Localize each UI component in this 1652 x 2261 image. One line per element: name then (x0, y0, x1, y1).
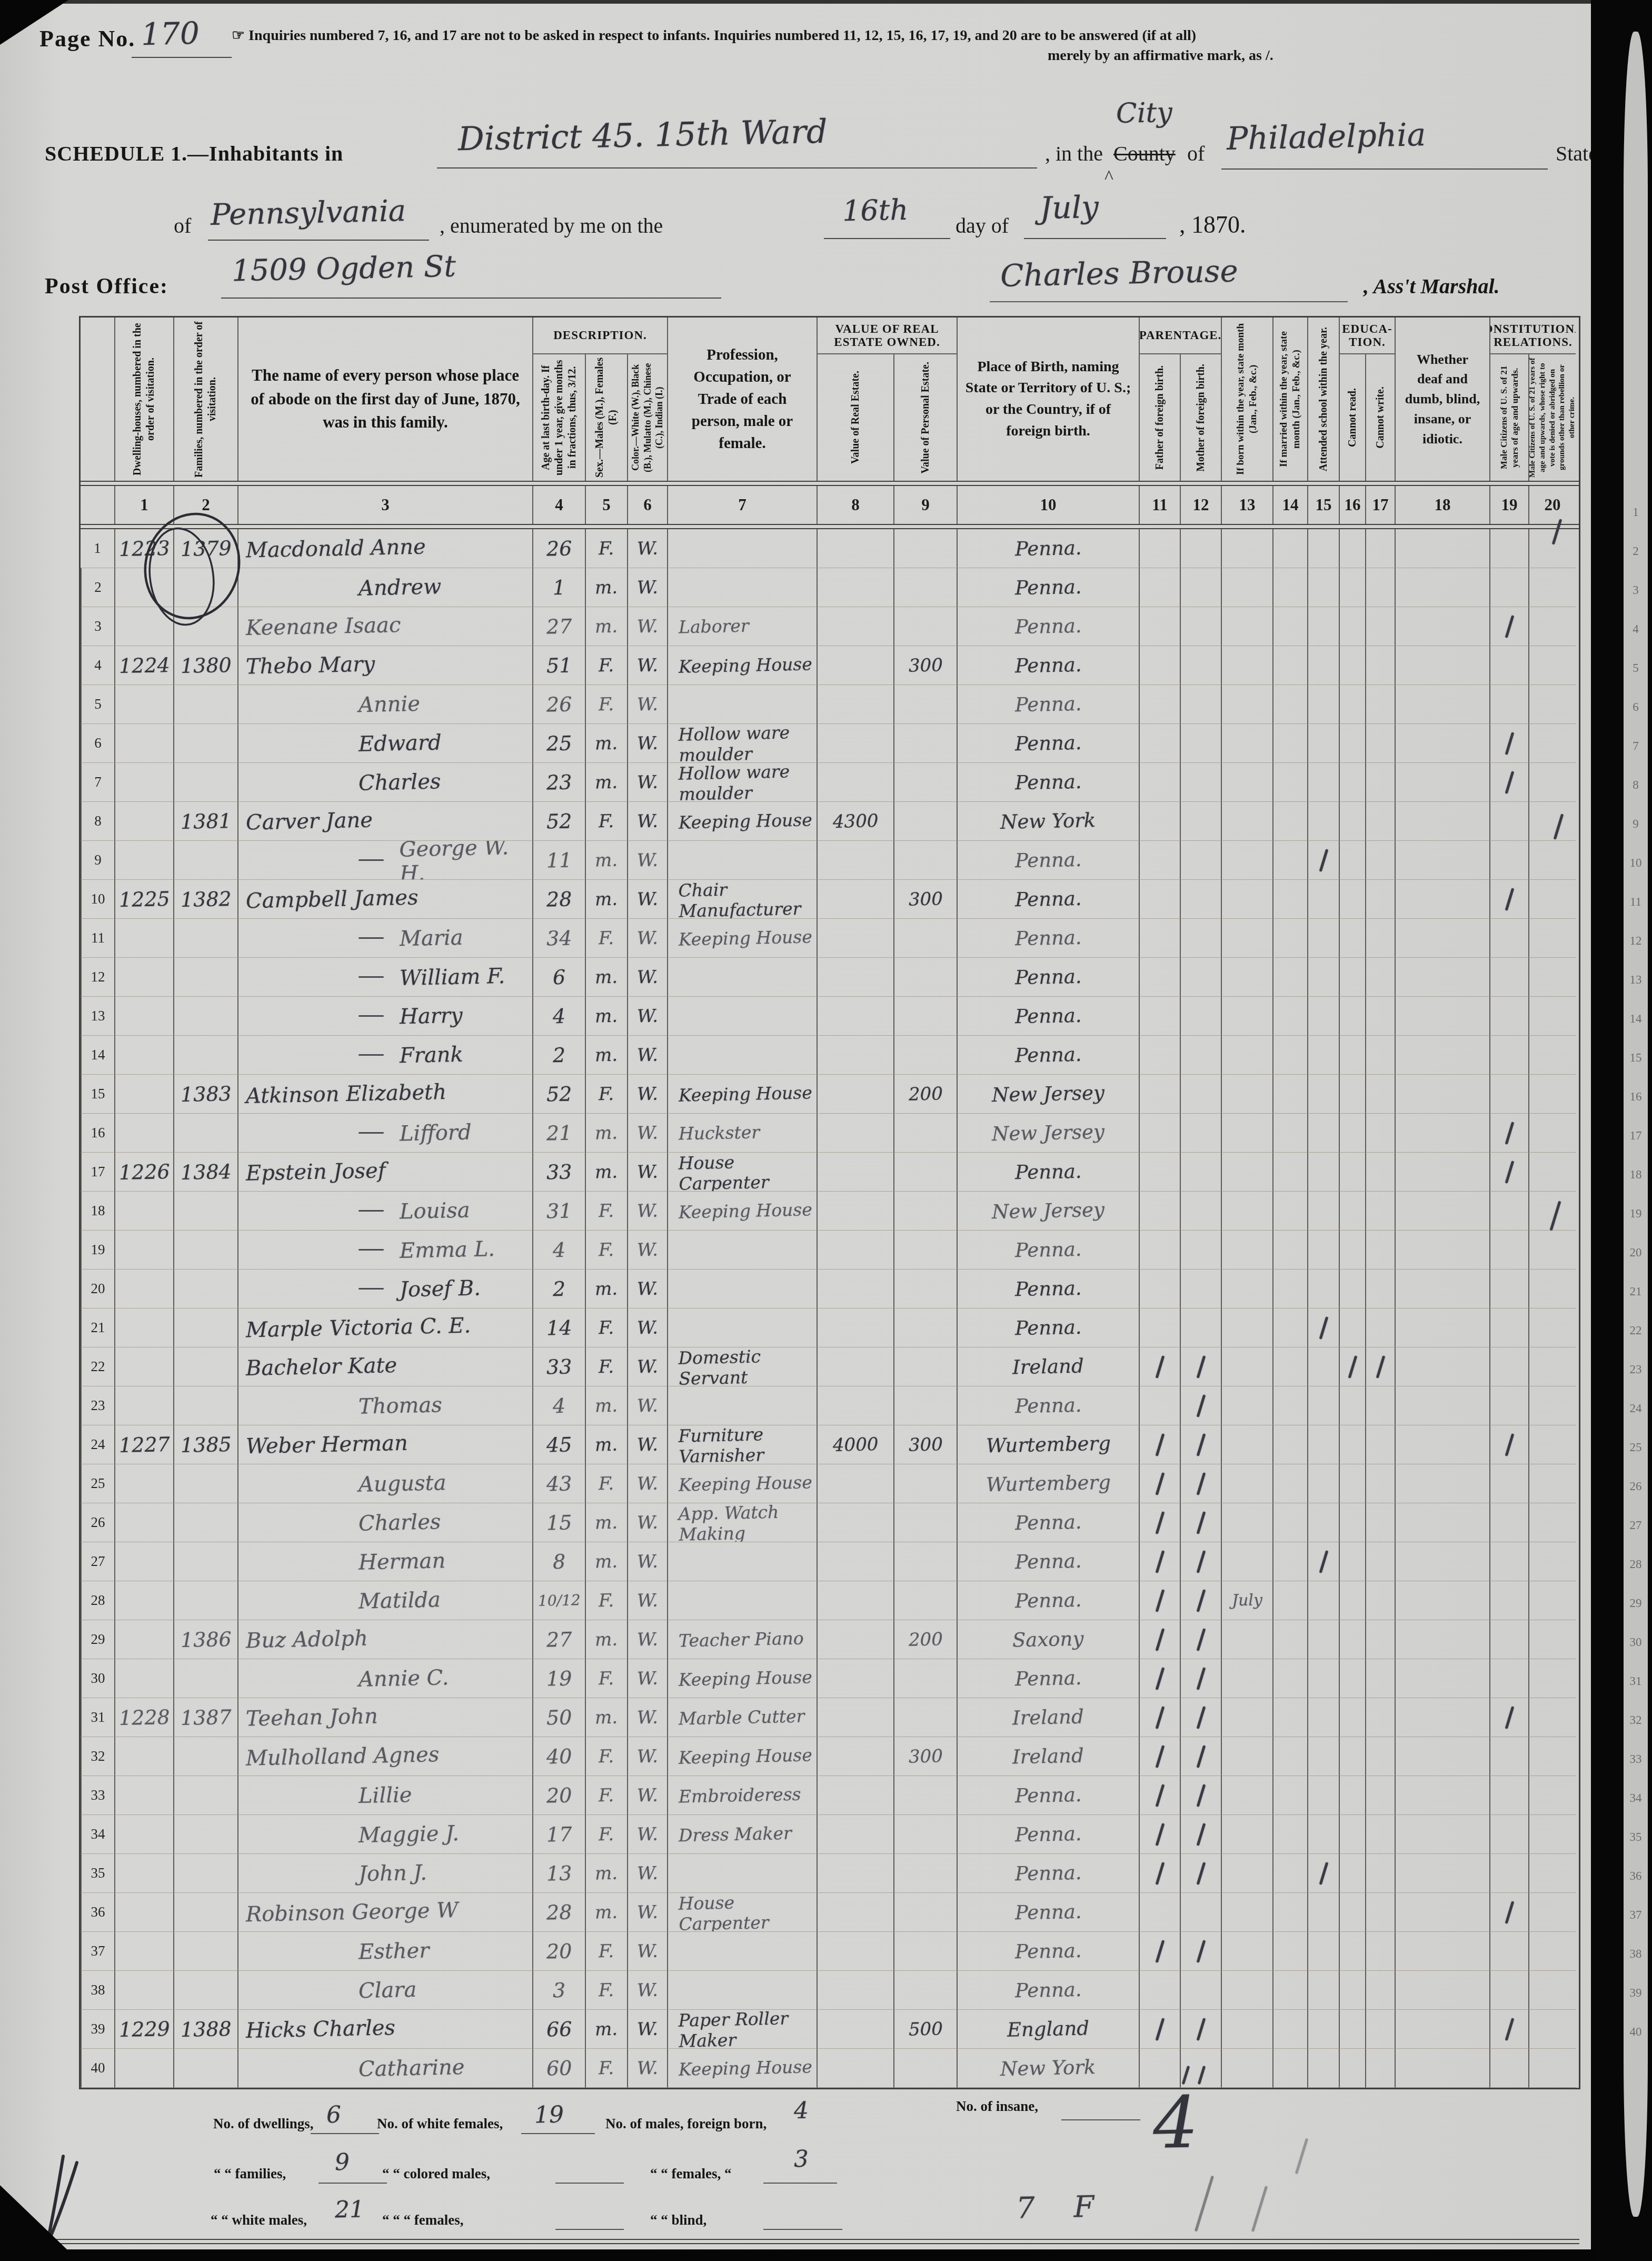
column-number: 9 (893, 486, 957, 524)
cell-color: W. (627, 646, 667, 685)
cell-father-foreign (1139, 1347, 1180, 1386)
row-number: 35 (81, 1854, 114, 1893)
cell-deaf-dumb (1395, 1114, 1489, 1153)
cell-male-citizen-denied (1528, 1581, 1576, 1620)
cell-mother-foreign (1180, 841, 1221, 880)
cell-father-foreign (1139, 685, 1180, 724)
cell-cannot-read (1339, 1036, 1365, 1075)
cell-male-citizen-denied (1528, 1737, 1576, 1776)
cell-dwelling-number (114, 919, 173, 958)
cell-male-citizen (1489, 1776, 1528, 1815)
district-value: District 45. 15th Ward (457, 112, 828, 158)
cell-name: Louisa (237, 1192, 532, 1231)
white-males-value: 21 (334, 2196, 364, 2223)
col-header-born-month: If born within the year, state month (Ja… (1235, 318, 1260, 481)
post-office-value: 1509 Ogden St (231, 250, 456, 289)
cell-color: W. (627, 1464, 667, 1503)
cell-name: Augusta (237, 1464, 532, 1503)
cell-male-citizen-denied (1528, 1932, 1576, 1971)
row-number: 3 (81, 607, 114, 646)
cell-born-month (1221, 1114, 1272, 1153)
cell-age: 28 (532, 880, 585, 919)
cell-cannot-read (1339, 841, 1365, 880)
cell-cannot-read (1339, 1347, 1365, 1386)
cell-real-estate (817, 607, 893, 646)
cell-father-foreign (1139, 1854, 1180, 1893)
cell-married-month (1272, 1698, 1307, 1737)
cell-deaf-dumb (1395, 1075, 1489, 1114)
cell-male-citizen (1489, 646, 1528, 685)
affirmative-tick (1155, 1940, 1165, 1963)
cell-sex: F. (585, 1192, 627, 1231)
cell-name: Weber Herman (237, 1425, 532, 1464)
cell-deaf-dumb (1395, 1308, 1489, 1347)
cell-family-number: 1387 (173, 1698, 237, 1737)
cell-attended-school (1307, 1659, 1339, 1698)
cell-real-estate (817, 646, 893, 685)
cell-occupation: Keeping House (667, 1464, 817, 1503)
cell-personal-estate: 200 (893, 1075, 957, 1114)
cell-real-estate (817, 841, 893, 880)
affirmative-tick (1155, 1589, 1165, 1612)
cell-age: 13 (532, 1854, 585, 1893)
footer-tallies: No. of dwellings, 6 No. of white females… (79, 2087, 1577, 2237)
cell-real-estate (817, 685, 893, 724)
cell-age: 14 (532, 1308, 585, 1347)
cell-sex: m. (585, 1698, 627, 1737)
cell-name: Harry (237, 997, 532, 1036)
row-number: 18 (81, 1192, 114, 1231)
cell-dwelling-number (114, 1308, 173, 1347)
cell-family-number (173, 1308, 237, 1347)
cell-sex: F. (585, 1815, 627, 1854)
cell-deaf-dumb (1395, 2049, 1489, 2088)
cell-color: W. (627, 1971, 667, 2010)
cell-attended-school (1307, 1270, 1339, 1308)
cell-married-month (1272, 763, 1307, 802)
day-of-label: day of (956, 213, 1009, 238)
cell-male-citizen (1489, 1893, 1528, 1932)
cell-birthplace: Penna. (957, 1659, 1139, 1698)
row-number: 2 (81, 568, 114, 607)
cell-mother-foreign (1180, 763, 1221, 802)
cell-real-estate (817, 1581, 893, 1620)
white-females-label: No. of white females, (377, 2116, 503, 2132)
cell-mother-foreign (1180, 1542, 1221, 1581)
cell-attended-school (1307, 1620, 1339, 1659)
cell-sex: F. (585, 1971, 627, 2010)
column-number: 4 (532, 486, 585, 524)
cell-personal-estate (893, 1308, 957, 1347)
cell-cannot-write (1365, 1737, 1395, 1776)
cell-real-estate (817, 1192, 893, 1231)
cell-deaf-dumb (1395, 568, 1489, 607)
cell-age: 28 (532, 1893, 585, 1932)
cell-birthplace: Penna. (957, 685, 1139, 724)
cell-father-foreign (1139, 1503, 1180, 1542)
cell-family-number (173, 958, 237, 997)
cell-name: Josef B. (237, 1270, 532, 1308)
cell-real-estate (817, 958, 893, 997)
cell-male-citizen-denied (1528, 1464, 1576, 1503)
table-header: Dwelling-houses, numbered in the order o… (81, 318, 1579, 481)
cell-personal-estate (893, 1815, 957, 1854)
cell-personal-estate (893, 607, 957, 646)
cell-age: 8 (532, 1542, 585, 1581)
cell-personal-estate (893, 763, 957, 802)
cell-color: W. (627, 1581, 667, 1620)
cell-family-number (173, 1932, 237, 1971)
cell-male-citizen (1489, 880, 1528, 919)
cell-sex: m. (585, 1893, 627, 1932)
cell-family-number (173, 1737, 237, 1776)
cell-birthplace: Wurtemberg (957, 1464, 1139, 1503)
cell-cannot-write (1365, 568, 1395, 607)
cell-born-month (1221, 919, 1272, 958)
cell-married-month (1272, 1932, 1307, 1971)
month-value: July (1039, 189, 1099, 226)
cell-married-month (1272, 1620, 1307, 1659)
cell-birthplace: England (957, 2010, 1139, 2049)
cell-dwelling-number (114, 841, 173, 880)
adjacent-page-row-number: 7 (1627, 739, 1645, 753)
cell-birthplace: Penna. (957, 1893, 1139, 1932)
cell-attended-school (1307, 1308, 1339, 1347)
cell-deaf-dumb (1395, 1542, 1489, 1581)
cell-family-number: 1388 (173, 2010, 237, 2049)
cell-color: W. (627, 1542, 667, 1581)
cell-born-month (1221, 1737, 1272, 1776)
cell-family-number: 1383 (173, 1075, 237, 1114)
cell-father-foreign (1139, 529, 1180, 568)
cell-born-month (1221, 1075, 1272, 1114)
cell-birthplace: Penna. (957, 997, 1139, 1036)
column-number: 19 (1489, 486, 1528, 524)
cell-age: 66 (532, 2010, 585, 2049)
cell-married-month (1272, 1114, 1307, 1153)
cell-age: 4 (532, 997, 585, 1036)
cell-family-number: 1381 (173, 802, 237, 841)
cell-family-number (173, 1192, 237, 1231)
cell-mother-foreign (1180, 1893, 1221, 1932)
cell-birthplace: Penna. (957, 1231, 1139, 1270)
cell-real-estate (817, 1036, 893, 1075)
cell-dwelling-number (114, 1971, 173, 2010)
cell-born-month (1221, 1815, 1272, 1854)
cell-married-month (1272, 1581, 1307, 1620)
cell-age: 27 (532, 607, 585, 646)
cell-mother-foreign (1180, 568, 1221, 607)
adjacent-page-row-number: 3 (1627, 583, 1645, 597)
col-header-mother-foreign: Mother of foreign birth. (1195, 362, 1208, 474)
adjacent-page-row-number: 38 (1627, 1947, 1645, 1961)
cell-born-month (1221, 529, 1272, 568)
cell-deaf-dumb (1395, 1464, 1489, 1503)
cell-mother-foreign (1180, 1153, 1221, 1192)
cell-family-number (173, 841, 237, 880)
cell-family-number (173, 1270, 237, 1308)
adjacent-page-row-number: 14 (1627, 1012, 1645, 1026)
cell-cannot-write (1365, 1776, 1395, 1815)
cell-real-estate (817, 1075, 893, 1114)
cell-father-foreign (1139, 997, 1180, 1036)
cell-color: W. (627, 1270, 667, 1308)
col-header-family: Families, numbered in the order of visit… (193, 318, 219, 481)
cell-real-estate (817, 880, 893, 919)
cell-birthplace: Saxony (957, 1620, 1139, 1659)
cell-dwelling-number (114, 763, 173, 802)
column-number: 16 (1339, 486, 1365, 524)
cell-male-citizen (1489, 1036, 1528, 1075)
cell-real-estate (817, 1815, 893, 1854)
cell-cannot-read (1339, 1932, 1365, 1971)
page-no-underline (132, 57, 232, 58)
marshal-signature: Charles Brouse (1000, 253, 1238, 293)
cell-personal-estate (893, 1542, 957, 1581)
cell-male-citizen-denied (1528, 841, 1576, 880)
cell-cannot-read (1339, 1971, 1365, 2010)
affirmative-tick (1155, 1667, 1165, 1690)
cell-married-month (1272, 724, 1307, 763)
cell-dwelling-number (114, 1503, 173, 1542)
cell-deaf-dumb (1395, 1659, 1489, 1698)
cell-deaf-dumb (1395, 958, 1489, 997)
cell-age: 51 (532, 646, 585, 685)
row-number: 23 (81, 1386, 114, 1425)
cell-birthplace: Penna. (957, 568, 1139, 607)
cell-real-estate (817, 1698, 893, 1737)
cell-father-foreign (1139, 802, 1180, 841)
adjacent-page-row-number: 37 (1627, 1908, 1645, 1922)
cell-age: 21 (532, 1114, 585, 1153)
dwellings-value: 6 (326, 2101, 341, 2129)
cell-cannot-write (1365, 841, 1395, 880)
cell-male-citizen-denied (1528, 1075, 1576, 1114)
cell-cannot-read (1339, 1893, 1365, 1932)
cell-sex: m. (585, 1153, 627, 1192)
cell-male-citizen (1489, 919, 1528, 958)
cell-occupation: Keeping House (667, 1737, 817, 1776)
cell-attended-school (1307, 1776, 1339, 1815)
inquiries-note-line2: merely by an affirmative mark, as /. (1048, 47, 1273, 64)
ditto-dash (359, 1054, 384, 1056)
cell-cannot-read (1339, 1659, 1365, 1698)
cell-sex: m. (585, 763, 627, 802)
cell-occupation: Keeping House (667, 802, 817, 841)
cell-birthplace: Penna. (957, 1542, 1139, 1581)
cell-family-number (173, 1893, 237, 1932)
cell-male-citizen (1489, 1308, 1528, 1347)
cell-birthplace: New Jersey (957, 1114, 1139, 1153)
cell-male-citizen-denied (1528, 958, 1576, 997)
cell-personal-estate (893, 1659, 957, 1698)
cell-personal-estate (893, 997, 957, 1036)
cell-name: Campbell James (237, 880, 532, 919)
cell-male-citizen-denied (1528, 529, 1576, 568)
females-foreign-label: “ “ females, “ (650, 2166, 731, 2182)
adjacent-page-row-number: 36 (1627, 1869, 1645, 1883)
cell-birthplace: Penna. (957, 880, 1139, 919)
cell-sex: F. (585, 1737, 627, 1776)
affirmative-tick (1505, 1122, 1514, 1145)
cell-born-month (1221, 1464, 1272, 1503)
cell-age: 20 (532, 1776, 585, 1815)
cell-male-citizen (1489, 1386, 1528, 1425)
cell-father-foreign (1139, 1659, 1180, 1698)
cell-color: W. (627, 1153, 667, 1192)
cell-born-month (1221, 646, 1272, 685)
cell-cannot-read (1339, 724, 1365, 763)
cell-male-citizen (1489, 1854, 1528, 1893)
affirmative-tick (1155, 1550, 1165, 1573)
row-number: 20 (81, 1270, 114, 1308)
column-number: 20 (1528, 486, 1576, 524)
cell-family-number (173, 1347, 237, 1386)
cell-father-foreign (1139, 1231, 1180, 1270)
cell-age: 2 (532, 1036, 585, 1075)
cell-age: 34 (532, 919, 585, 958)
cell-attended-school (1307, 1893, 1339, 1932)
cell-dwelling-number (114, 997, 173, 1036)
cell-birthplace: Penna. (957, 724, 1139, 763)
county-underline (1221, 168, 1548, 170)
cell-name: Clara (237, 1971, 532, 2010)
adjacent-page-row-number: 6 (1627, 700, 1645, 714)
cell-cannot-write (1365, 1231, 1395, 1270)
cell-personal-estate (893, 841, 957, 880)
cell-married-month (1272, 919, 1307, 958)
adjacent-page-row-number: 16 (1627, 1090, 1645, 1104)
cell-deaf-dumb (1395, 724, 1489, 763)
cell-color: W. (627, 958, 667, 997)
of-label: of (1187, 141, 1205, 166)
cell-occupation (667, 1971, 817, 2010)
cell-male-citizen-denied (1528, 1114, 1576, 1153)
affirmative-tick (1196, 1472, 1206, 1495)
cell-age: 27 (532, 1620, 585, 1659)
row-number: 9 (81, 841, 114, 880)
cell-male-citizen-denied (1528, 1153, 1576, 1192)
cell-occupation: Hollow ware moulder (667, 724, 817, 763)
cell-family-number (173, 1659, 237, 1698)
col-header-male-citizens-denied: Male Citizens of U. S. of 21 years of ag… (1528, 354, 1576, 481)
cell-birthplace: Penna. (957, 1153, 1139, 1192)
cell-deaf-dumb (1395, 1231, 1489, 1270)
cell-mother-foreign (1180, 997, 1221, 1036)
cell-birthplace: Penna. (957, 919, 1139, 958)
cell-sex: F. (585, 1581, 627, 1620)
cell-cannot-read (1339, 607, 1365, 646)
col-header-cannot-write: Cannot write. (1374, 384, 1387, 451)
families-value: 9 (334, 2149, 350, 2176)
cell-sex: F. (585, 802, 627, 841)
cell-father-foreign (1139, 1893, 1180, 1932)
adjacent-page-row-number: 33 (1627, 1752, 1645, 1766)
cell-cannot-read (1339, 1153, 1365, 1192)
affirmative-tick (1196, 1940, 1206, 1963)
cell-age: 52 (532, 802, 585, 841)
cell-born-month (1221, 568, 1272, 607)
column-number: 14 (1272, 486, 1307, 524)
cell-attended-school (1307, 1114, 1339, 1153)
cell-cannot-read (1339, 1386, 1365, 1425)
col-header-dwelling: Dwelling-houses, numbered in the order o… (131, 318, 157, 481)
cell-deaf-dumb (1395, 1192, 1489, 1231)
cell-occupation: Domestic Servant (667, 1347, 817, 1386)
adjacent-page-row-number: 17 (1627, 1129, 1645, 1143)
cell-cannot-write (1365, 1347, 1395, 1386)
scan-top-edge (0, 0, 1595, 4)
cell-deaf-dumb (1395, 1153, 1489, 1192)
cell-mother-foreign (1180, 1114, 1221, 1153)
cell-occupation: Chair Manufacturer (667, 880, 817, 919)
cell-married-month (1272, 685, 1307, 724)
cell-personal-estate (893, 1231, 957, 1270)
cell-color: W. (627, 997, 667, 1036)
cell-age: 40 (532, 1737, 585, 1776)
cell-born-month (1221, 1386, 1272, 1425)
cell-cannot-write (1365, 1620, 1395, 1659)
cell-name: Andrew (237, 568, 532, 607)
row-number: 17 (81, 1153, 114, 1192)
adjacent-page-row-number: 22 (1627, 1324, 1645, 1337)
cell-attended-school (1307, 1815, 1339, 1854)
cell-sex: F. (585, 919, 627, 958)
affirmative-tick (1196, 1862, 1206, 1885)
cell-dwelling-number (114, 1464, 173, 1503)
affirmative-tick (1196, 1667, 1206, 1690)
cell-sex: m. (585, 1503, 627, 1542)
column-number: 7 (667, 486, 817, 524)
cell-sex: m. (585, 1620, 627, 1659)
affirmative-tick (1196, 1589, 1206, 1612)
cell-birthplace: Penna. (957, 1503, 1139, 1542)
cell-age: 6 (532, 958, 585, 997)
cell-sex: F. (585, 1231, 627, 1270)
affirmative-tick (1505, 1706, 1514, 1729)
cell-age: 2 (532, 1270, 585, 1308)
cell-father-foreign (1139, 1075, 1180, 1114)
cell-attended-school (1307, 1932, 1339, 1971)
ditto-dash (359, 937, 384, 939)
cell-married-month (1272, 802, 1307, 841)
families-label: “ “ families, (214, 2166, 286, 2182)
cell-male-citizen-denied (1528, 1893, 1576, 1932)
cell-sex: m. (585, 1542, 627, 1581)
cell-family-number (173, 1581, 237, 1620)
cell-sex: F. (585, 1776, 627, 1815)
cell-color: W. (627, 1659, 667, 1698)
cell-personal-estate (893, 1464, 957, 1503)
cell-sex: F. (585, 1932, 627, 1971)
cell-name: Matilda (237, 1581, 532, 1620)
cell-born-month (1221, 1308, 1272, 1347)
cell-birthplace: Penna. (957, 1815, 1139, 1854)
affirmative-tick (1155, 1784, 1165, 1807)
cell-personal-estate (893, 529, 957, 568)
col-header-real-estate-value: Value of Real Estate. (849, 369, 862, 466)
cell-male-citizen-denied (1528, 2049, 1576, 2088)
cell-real-estate (817, 1270, 893, 1308)
cell-birthplace: Penna. (957, 646, 1139, 685)
cell-occupation: Huckster (667, 1114, 817, 1153)
cell-personal-estate (893, 1036, 957, 1075)
group-header-parentage: PARENTAGE. (1139, 318, 1221, 354)
cell-father-foreign (1139, 1192, 1180, 1231)
cell-color: W. (627, 1815, 667, 1854)
cell-cannot-write (1365, 1698, 1395, 1737)
affirmative-tick (1505, 771, 1514, 794)
